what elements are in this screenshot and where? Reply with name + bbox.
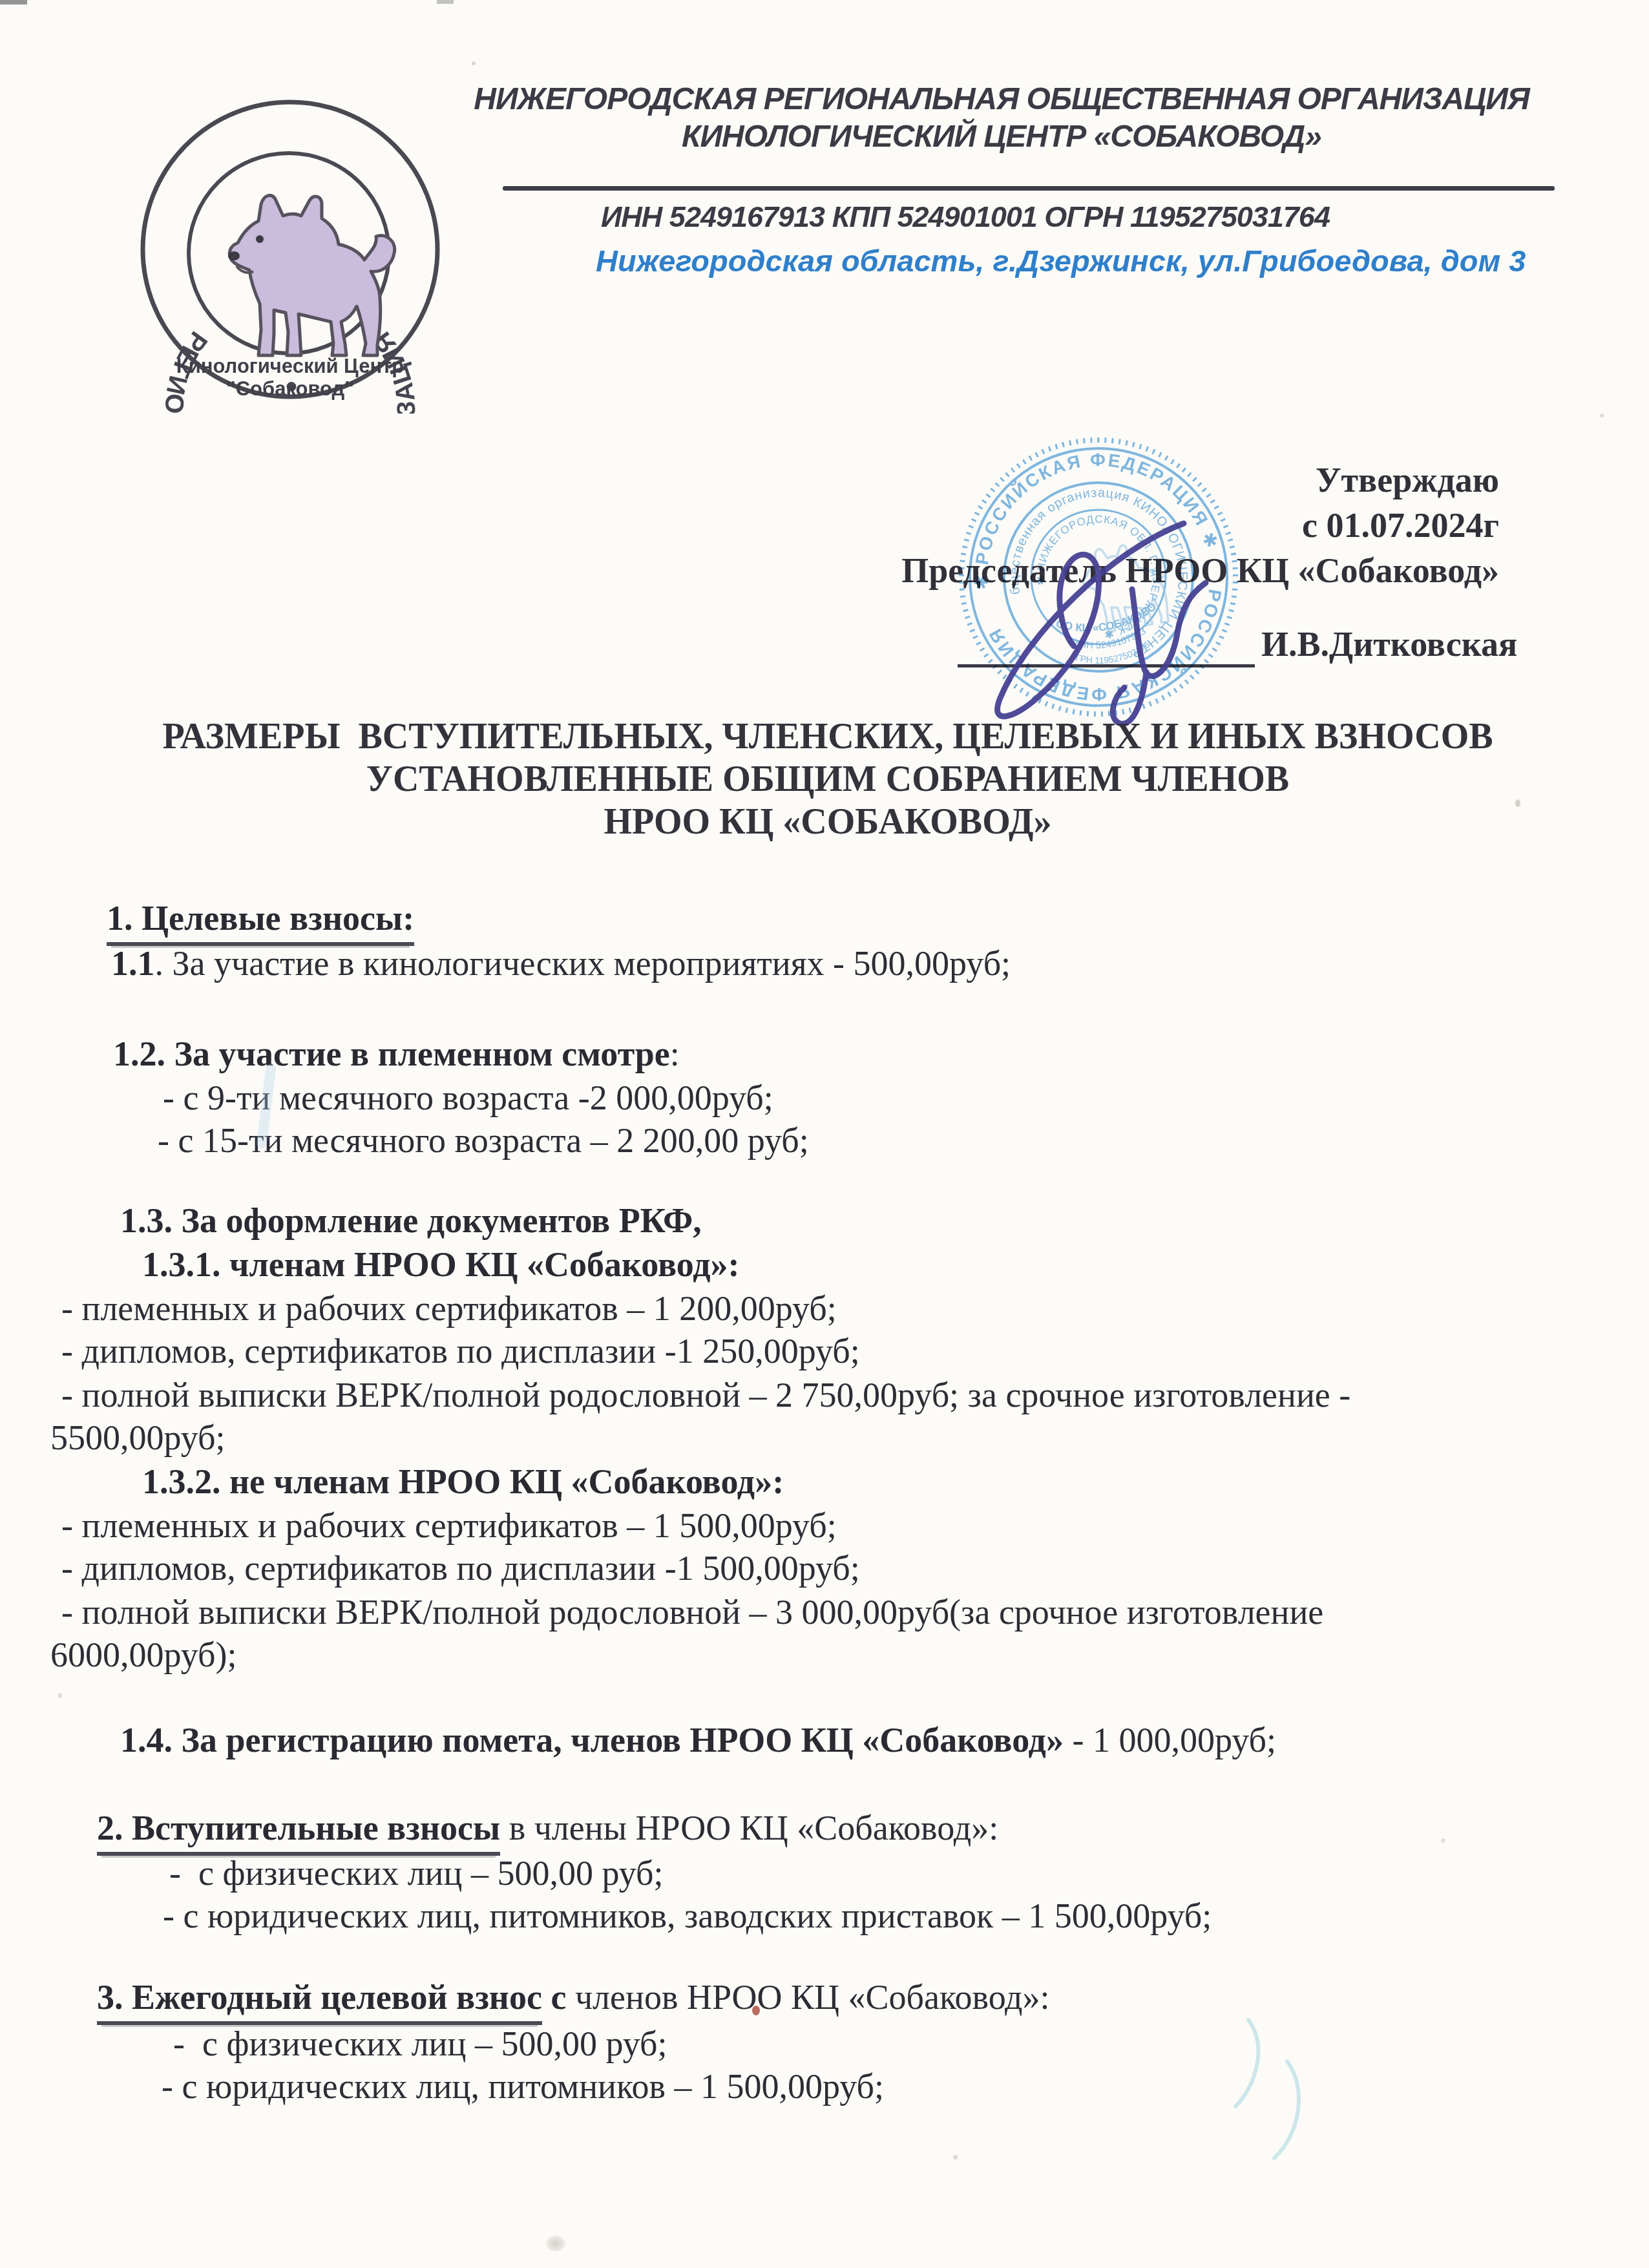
speck [1600, 414, 1604, 417]
dog-icon [228, 195, 395, 355]
item-1-2-heading: 1.2. За участие в племенном смотре: [113, 1034, 680, 1074]
logo-caption-line1: Кинологический Центр [176, 355, 404, 377]
item-1-2-sub2: - с 15-ти месячного возраста – 2 200,00 … [158, 1120, 809, 1160]
letterhead-rule [503, 186, 1555, 191]
scan-edge-artifact-2 [437, 0, 454, 4]
item-1-2-colon: : [670, 1034, 680, 1073]
logo-caption-line2: "Собаковод" [226, 377, 354, 400]
approval-date: с 01.07.2024г [1302, 505, 1499, 545]
section-2-heading: 2. Вступительные взносы в члены НРОО КЦ … [97, 1808, 998, 1848]
org-name-line1: НИЖЕГОРОДСКАЯ РЕГИОНАЛЬНАЯ ОБЩЕСТВЕННАЯ … [452, 81, 1551, 117]
item-1-3-2-sub3-cont: 6000,00руб); [50, 1635, 237, 1675]
section-3-bold: 3. Ежегодный целевой взнос [97, 1978, 542, 2025]
item-2-sub1: - с физических лиц – 500,00 руб; [169, 1853, 663, 1893]
item-1-1-number: 1.1 [111, 944, 155, 983]
section-1-heading: 1. Целевые взносы: [107, 898, 414, 938]
doc-title-line2: УСТАНОВЛЕННЫЕ ОБЩИМ СОБРАНИЕМ ЧЛЕНОВ [88, 759, 1568, 800]
item-1-3-2-sub1: - племенных и рабочих сертификатов – 1 5… [61, 1506, 837, 1546]
speck [472, 61, 476, 65]
gray-smudge-artifact [546, 2236, 565, 2251]
item-1-3-1-heading: 1.3.1. членам НРОО КЦ «Собаковод»: [142, 1244, 740, 1285]
item-1-2-sub1: - с 9-ти месячного возраста -2 000,00руб… [163, 1078, 773, 1118]
doc-title-line3: НРОО КЦ «СОБАКОВОД» [88, 801, 1568, 843]
item-1-3-2-heading: 1.3.2. не членам НРОО КЦ «Собаковод»: [142, 1462, 784, 1502]
section-2-tail: в члены НРОО КЦ «Собаковод»: [500, 1809, 998, 1847]
item-1-1-text: . За участие в кинологических мероприяти… [155, 944, 1011, 983]
item-1-3-2-sub3: - полной выписки ВЕРК/полной родословной… [61, 1592, 1323, 1632]
section-3-tail: членов НРОО КЦ «Собаковод»: [566, 1978, 1049, 2017]
chairman-name: И.В.Дитковская [1261, 624, 1517, 664]
item-1-3-1-sub1: - племенных и рабочих сертификатов – 1 2… [61, 1288, 837, 1328]
faint-pen-marks [1208, 2008, 1357, 2183]
speck [1441, 1838, 1445, 1843]
item-1-2-bold: 1.2. За участие в племенном смотре [113, 1034, 670, 1073]
item-2-sub2: - с юридических лиц, питомников, заводск… [163, 1896, 1212, 1936]
org-name-line2: КИНОЛОГИЧЕСКИЙ ЦЕНТР «СОБАКОВОД» [452, 119, 1551, 154]
item-1-3-1-sub3-cont: 5500,00руб; [50, 1418, 226, 1458]
item-1-3-1-sub3: - полной выписки ВЕРК/полной родословной… [61, 1375, 1350, 1415]
approval-word: Утверждаю [1316, 460, 1499, 500]
org-address: Нижегородская область, г.Дзержинск, ул.Г… [596, 243, 1526, 278]
item-1-1: 1.1. За участие в кинологических меропри… [111, 943, 1011, 983]
item-1-3-heading: 1.3. За оформление документов РКФ, [120, 1201, 702, 1241]
speck [58, 1693, 62, 1698]
red-dot-artifact [752, 2006, 760, 2015]
doc-title-line1: РАЗМЕРЫ ВСТУПИТЕЛЬНЫХ, ЧЛЕНСКИХ, ЦЕЛЕВЫХ… [88, 716, 1568, 757]
item-1-4: 1.4. За регистрацию помета, членов НРОО … [120, 1720, 1276, 1760]
section-3-bold2: с [542, 1978, 566, 2017]
scanned-document-page: НИЖЕГОРОДСКАЯ РЕГИОНАЛЬНАЯ ОБЩЕСТВЕННАЯ … [0, 0, 1649, 2268]
item-3-sub2: - с юридических лиц, питомников – 1 500,… [162, 2066, 884, 2106]
organization-logo: РЕГИОНАЛЬНАЯ ОБЩЕСТВЕННАЯ ОРГАНИЗАЦИЯ ● … [127, 90, 456, 414]
item-1-3-2-sub2: - дипломов, сертификатов по дисплазии -1… [61, 1548, 860, 1588]
section-1-heading-text: 1. Целевые взносы: [107, 899, 414, 946]
speck [1515, 799, 1520, 807]
speck [953, 2155, 958, 2159]
item-3-sub1: - с физических лиц – 500,00 руб; [173, 2024, 667, 2064]
registration-numbers: ИНН 5249167913 КПП 524901001 ОГРН 119527… [601, 200, 1330, 234]
item-1-4-tail: - 1 000,00руб; [1064, 1721, 1276, 1759]
item-1-4-bold: 1.4. За регистрацию помета, членов НРОО … [120, 1721, 1064, 1759]
section-2-bold: 2. Вступительные взносы [97, 1809, 500, 1856]
section-3-heading: 3. Ежегодный целевой взнос с членов НРОО… [97, 1977, 1050, 2017]
item-1-3-1-sub2: - дипломов, сертификатов по дисплазии -1… [61, 1331, 860, 1371]
scan-edge-artifact-1 [0, 0, 27, 5]
